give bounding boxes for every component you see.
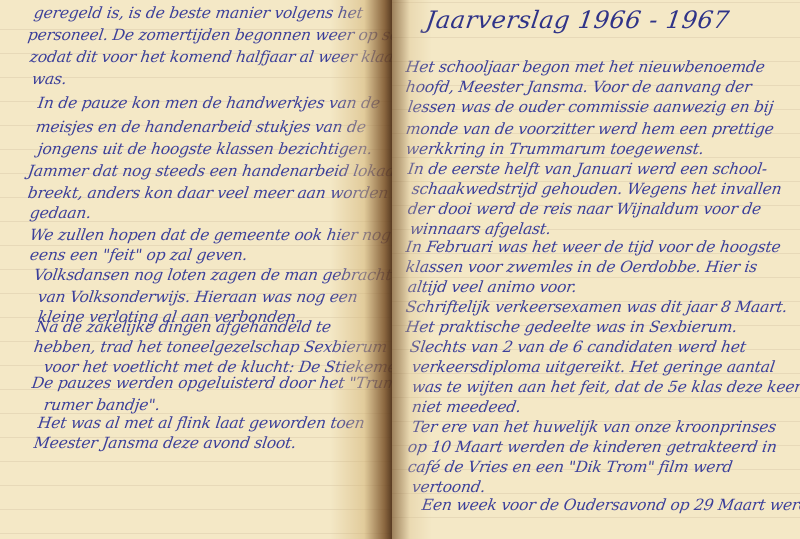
handwritten-line: Meester Jansma deze avond sloot.	[33, 434, 298, 452]
handwritten-line: schaakwedstrijd gehouden. Wegens het inv…	[411, 180, 783, 198]
handwritten-line: eens een "feit" op zal geven.	[29, 246, 249, 264]
handwritten-line: altijd veel animo voor.	[407, 278, 578, 296]
handwritten-line: geregeld is, is de beste manier volgens …	[33, 4, 364, 22]
handwritten-line: meisjes en de handenarbeid stukjes van d…	[35, 118, 367, 136]
handwritten-line: Het praktische gedeelte was in Sexbierum…	[405, 318, 739, 336]
binding-shadow-right	[392, 0, 432, 539]
handwritten-line: hoofd, Meester Jansma. Voor de aanvang d…	[405, 78, 753, 96]
handwritten-line: rumer bandje".	[43, 396, 161, 414]
handwritten-line: jongens uit de hoogste klassen bezichtig…	[37, 140, 374, 158]
handwritten-line: Na de zakelijke dingen afgehandeld te	[35, 318, 333, 336]
handwritten-line: van Volksonderwijs. Hieraan was nog een	[37, 288, 359, 306]
handwritten-line: Het was al met al flink laat geworden to…	[37, 414, 366, 432]
handwritten-line: Schriftelijk verkeersexamen was dit jaar…	[405, 298, 789, 316]
handwritten-line: monde van de voorzitter werd hem een pre…	[405, 120, 775, 138]
handwritten-line: lessen was de ouder commissie aanwezig e…	[407, 98, 775, 116]
handwritten-line: verkeersdiploma uitgereikt. Het geringe …	[411, 358, 776, 376]
handwritten-line: Slechts van 2 van de 6 candidaten werd h…	[409, 338, 747, 356]
handwritten-line: op 10 Maart werden de kinderen getraktee…	[407, 438, 778, 456]
page-title: Jaarverslag 1966 - 1967	[424, 6, 731, 34]
handwritten-line: café de Vries en een "Dik Trom" film wer…	[407, 458, 734, 476]
handwritten-line: was.	[31, 70, 68, 88]
handwritten-line: gedaan.	[29, 204, 93, 222]
handwritten-line: Een week voor de Oudersavond op 29 Maart…	[421, 496, 800, 514]
handwritten-line: In Februari was het weer de tijd voor de…	[405, 238, 782, 256]
handwritten-line: klassen voor zwemles in de Oerdobbe. Hie…	[405, 258, 759, 276]
handwritten-line: In de eerste helft van Januari werd een …	[407, 160, 769, 178]
handwritten-line: Ter ere van het huwelijk van onze kroonp…	[411, 418, 778, 436]
notebook-spread: geregeld is, is de beste manier volgens …	[0, 0, 800, 539]
binding-shadow-left	[330, 0, 392, 539]
handwritten-line: werkkring in Trummarum toegewenst.	[405, 140, 705, 158]
handwritten-line: Het schooljaar begon met het nieuwbenoem…	[405, 58, 766, 76]
right-page: Jaarverslag 1966 - 1967 Het schooljaar b…	[392, 0, 800, 539]
handwritten-line: was te wijten aan het feit, dat de 5e kl…	[411, 378, 800, 396]
handwritten-line: der dooi werd de reis naar Wijnaldum voo…	[407, 200, 763, 218]
